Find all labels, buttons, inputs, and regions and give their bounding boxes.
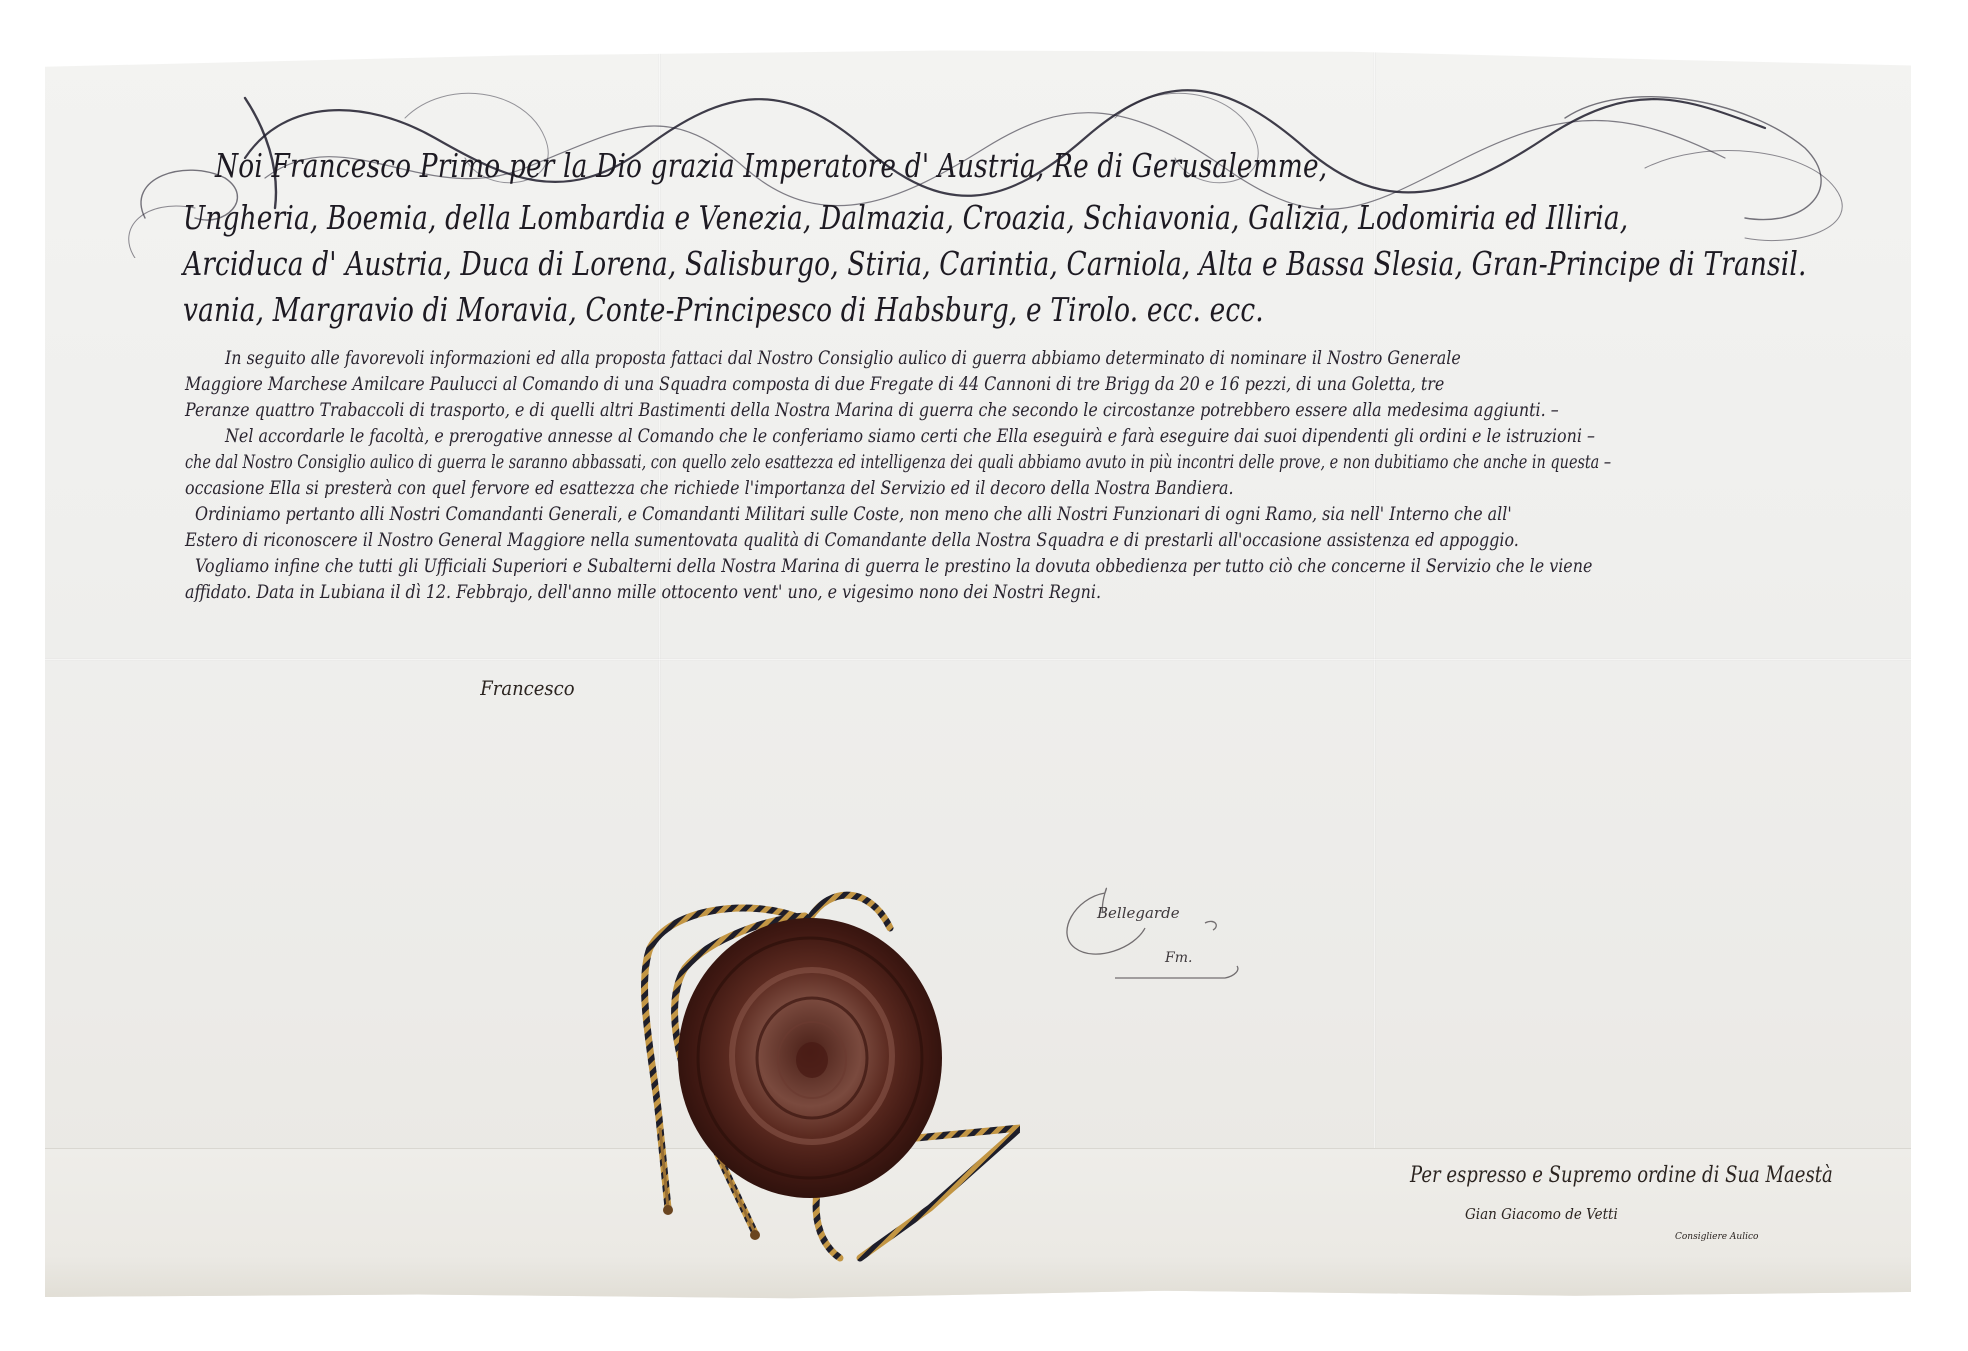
body-line-6: occasione Ella si presterà con quel ferv… — [185, 478, 1234, 499]
body-line-4: Nel accordarle le facoltà, e prerogative… — [225, 426, 1595, 447]
header-line-2: Ungheria, Boemia, della Lombardia e Vene… — [183, 198, 1628, 237]
attestation-line: Per espresso e Supremo ordine di Sua Mae… — [1410, 1163, 1833, 1188]
wax-seal-icon — [600, 888, 1020, 1308]
body-line-7: Ordiniamo pertanto alli Nostri Comandant… — [195, 504, 1512, 525]
minister-signature-suffix: Fm. — [1165, 950, 1192, 966]
header-line-4: vania, Margravio di Moravia, Conte-Princ… — [183, 290, 1264, 329]
emperor-signature: Francesco — [480, 676, 574, 700]
body-line-2: Maggiore Marchese Amilcare Paulucci al C… — [185, 374, 1444, 395]
body-line-10: affidato. Data in Lubiana il dì 12. Febb… — [185, 582, 1101, 603]
signature-flourish-icon — [1055, 878, 1255, 998]
minister-signature-block: Bellegarde Fm. — [1055, 878, 1255, 998]
document-paper: Noi Francesco Primo per la Dio grazia Im… — [45, 48, 1911, 1302]
fold-line-horizontal — [45, 658, 1911, 661]
minister-signature-name: Bellegarde — [1097, 904, 1180, 922]
body-line-3: Peranze quattro Trabaccoli di trasporto,… — [185, 400, 1559, 421]
header-line-3: Arciduca d' Austria, Duca di Lorena, Sal… — [183, 244, 1807, 283]
body-line-1: In seguito alle favorevoli informazioni … — [225, 348, 1461, 369]
secretary-signature: Gian Giacomo de Vetti — [1465, 1205, 1618, 1223]
secretary-title: Consigliere Aulico — [1675, 1232, 1758, 1242]
header-line-1: Noi Francesco Primo per la Dio grazia Im… — [215, 146, 1327, 185]
body-line-5: che dal Nostro Consiglio aulico di guerr… — [185, 452, 1611, 473]
body-line-9: Vogliamo infine che tutti gli Ufficiali … — [195, 556, 1592, 577]
body-line-8: Estero di riconoscere il Nostro General … — [185, 530, 1519, 551]
